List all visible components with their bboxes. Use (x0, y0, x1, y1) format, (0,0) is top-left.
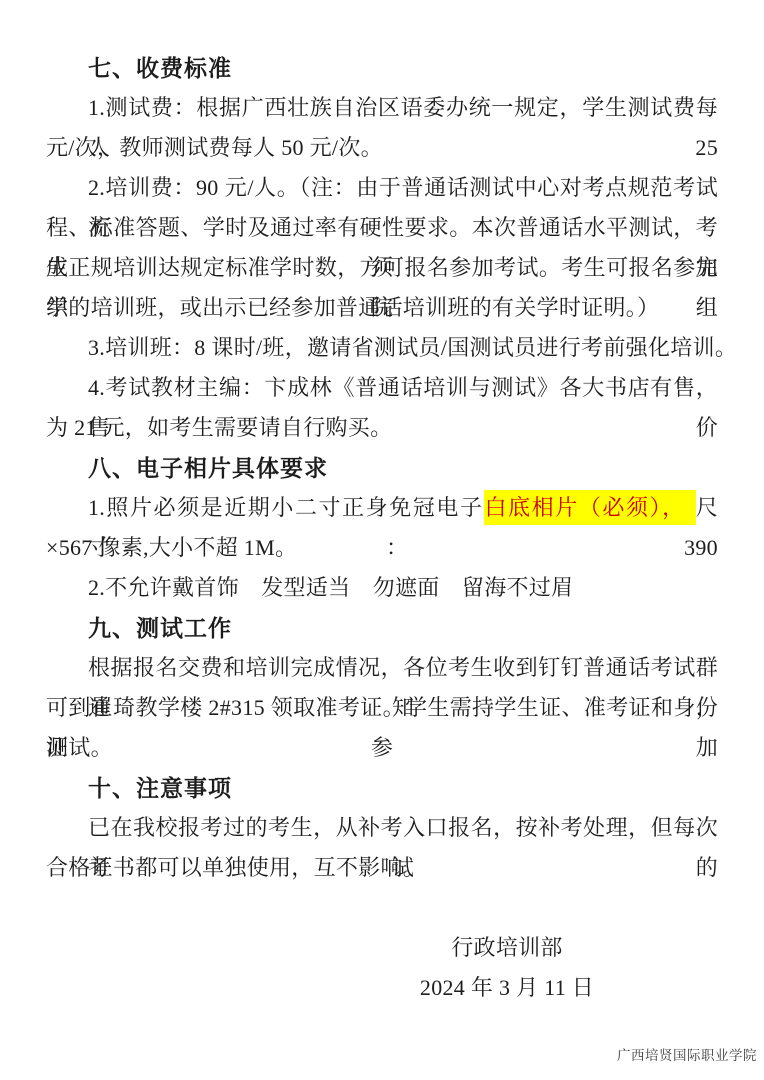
fee-training-line-4: 织的培训班，或出示已经参加普通话培训班的有关学时证明。） (46, 288, 718, 328)
fee-test-line-1: 1.测试费：根据广西壮族自治区语委办统一规定，学生测试费每人 25 (46, 88, 718, 128)
section-7-heading: 七、收费标准 (46, 48, 718, 88)
signature-block: 行政培训部 2024 年 3 月 11 日 (392, 928, 622, 1008)
test-work-line-2: 可到崔琦教学楼 2#315 领取准考证。学生需持学生证、准考证和身份证参加 (46, 688, 718, 728)
signature-gap (46, 888, 718, 928)
document-page: 七、收费标准 1.测试费：根据广西壮族自治区语委办统一规定，学生测试费每人 25… (0, 0, 764, 1080)
section-10-heading: 十、注意事项 (46, 768, 718, 808)
photo-spec-line-1: 1.照片必须是近期小二寸正身免冠电子白底相片（必须），尺寸：390 (46, 488, 718, 528)
signature-date: 2024 年 3 月 11 日 (392, 968, 622, 1008)
section-9-heading: 九、测试工作 (46, 608, 718, 648)
fee-class-line: 3.培训班：8 课时/班，邀请省测试员/国测试员进行考前强化培训。 (46, 328, 718, 368)
document-content: 七、收费标准 1.测试费：根据广西壮族自治区语委办统一规定，学生测试费每人 25… (0, 0, 764, 1008)
fee-training-line-3: 成正规培训达规定标准学时数，方可报名参加考试。考生可报名参加学院组 (46, 248, 718, 288)
school-watermark: 广西培贤国际职业学院 (617, 1044, 757, 1064)
fee-training-line-1: 2.培训费：90 元/人。（注：由于普通话测试中心对考点规范考试流 (46, 168, 718, 208)
fee-training-line-2: 程、标准答题、学时及通过率有硬性要求。本次普通话水平测试，考生须完 (46, 208, 718, 248)
photo-requirement-highlight: 白底相片（必须）， (484, 490, 696, 525)
section-8-heading: 八、电子相片具体要求 (46, 448, 718, 488)
fee-textbook-line-1: 4.考试教材主编：卞成林《普通话培训与测试》各大书店有售，售价 (46, 368, 718, 408)
notice-line-1: 已在我校报考过的考生，从补考入口报名，按补考处理，但每次考试的 (46, 808, 718, 848)
photo-rules-line: 2.不允许戴首饰 发型适当 勿遮面 留海不过眉 (46, 568, 718, 608)
test-work-line-1: 根据报名交费和培训完成情况，各位考生收到钉钉普通话考试群通知， (46, 648, 718, 688)
photo-spec-text-pre: 1.照片必须是近期小二寸正身免冠电子 (88, 495, 484, 520)
signature-department: 行政培训部 (392, 928, 622, 968)
